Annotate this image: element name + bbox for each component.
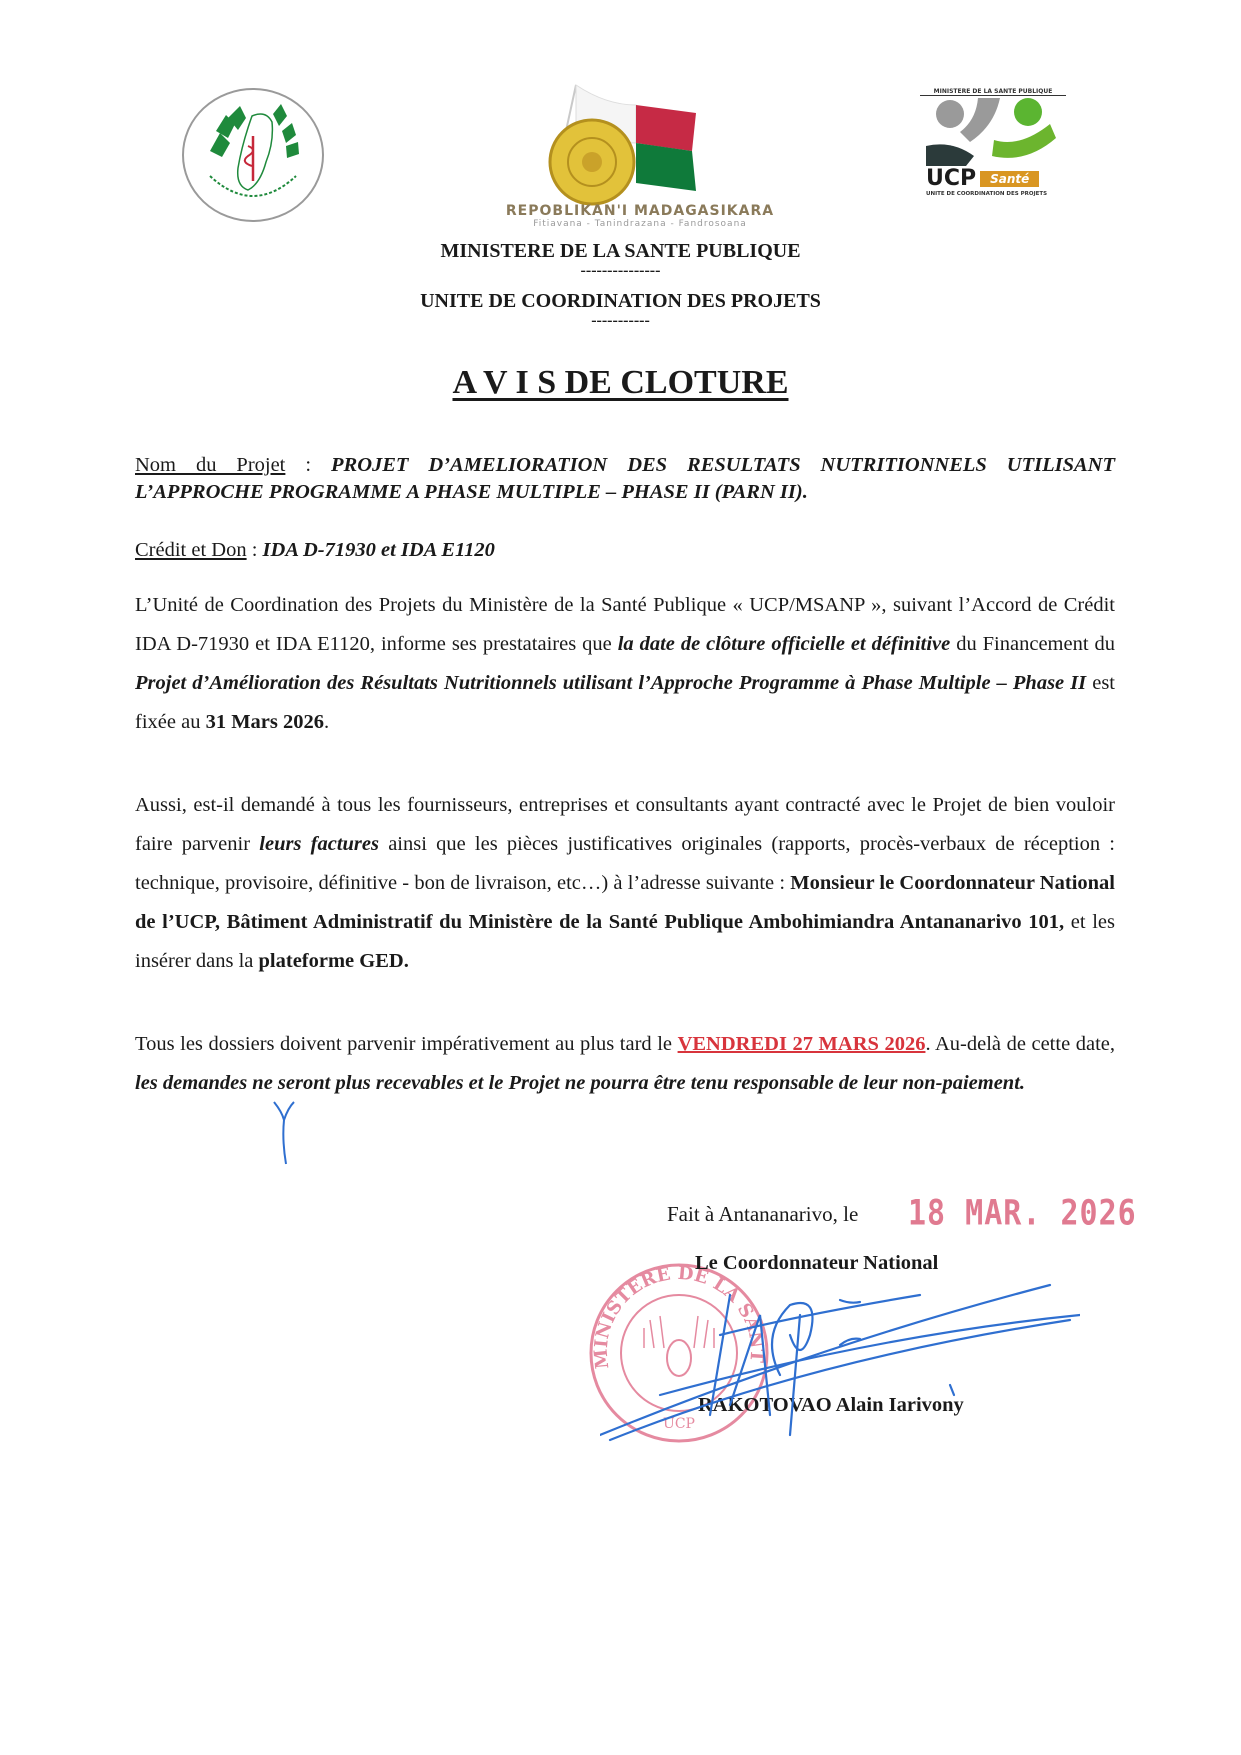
deadline-paragraph: Tous les dossiers doivent parvenir impér… [135, 1025, 1115, 1103]
place-label: Fait à Antananarivo, le [667, 1202, 858, 1227]
sante-badge: Santé [980, 171, 1039, 187]
text: . [324, 711, 329, 733]
signatory-title: Le Coordonnateur National [695, 1252, 938, 1275]
handwritten-signature-icon [600, 1275, 1080, 1445]
deadline-date: VENDREDI 27 MARS 2026 [678, 1033, 926, 1055]
unit-heading: UNITE DE COORDINATION DES PROJETS [0, 290, 1241, 313]
text: du Financement du [950, 633, 1115, 655]
republic-name: REPOBLIKAN'I MADAGASIKARA [475, 203, 805, 219]
text: . Au-delà de cette date, [925, 1033, 1115, 1055]
document-title: A V I S DE CLOTURE [0, 364, 1241, 402]
separator: --------------- [0, 262, 1241, 280]
ministry-heading: MINISTERE DE LA SANTE PUBLIQUE [0, 240, 1241, 263]
handwritten-tick-icon [272, 1098, 296, 1168]
text: Tous les dossiers doivent parvenir impér… [135, 1033, 678, 1055]
non-receivable-warning: les demandes ne seront plus recevables e… [135, 1072, 1025, 1094]
date-stamp: 18 MAR. 2026 [908, 1193, 1137, 1233]
project-full-name: Projet d’Amélioration des Résultats Nutr… [135, 672, 1086, 694]
credit-value: IDA D-71930 et IDA E1120 [263, 539, 495, 561]
invoices-phrase: leurs factures [259, 833, 379, 855]
invoice-paragraph: Aussi, est-il demandé à tous les fournis… [135, 786, 1115, 981]
closure-date: 31 Mars 2026 [206, 711, 324, 733]
project-label: Nom du Projet [135, 454, 285, 476]
ucp-sante-logo: MINISTERE DE LA SANTE PUBLIQUE UCP Santé… [920, 88, 1066, 208]
closure-date-phrase: la date de clôture officielle et définit… [618, 633, 951, 655]
closure-paragraph: L’Unité de Coordination des Projets du M… [135, 586, 1115, 742]
ucp-logo-bottom-text: UNITE DE COORDINATION DES PROJETS [920, 191, 1066, 197]
ministry-health-emblem-icon [180, 86, 326, 224]
credit-label: Crédit et Don [135, 539, 247, 561]
ged-platform: plateforme GED. [259, 950, 409, 972]
ucp-brand: UCP [926, 166, 976, 191]
credit-field: Crédit et Don : IDA D-71930 et IDA E1120 [135, 531, 1115, 570]
project-field: Nom du Projet : PROJET D’AMELIORATION DE… [135, 452, 1115, 506]
ucp-logo-top-text: MINISTERE DE LA SANTE PUBLIQUE [920, 88, 1066, 96]
republic-motto: Fitiavana - Tanindrazana - Fandrosoana [475, 219, 805, 229]
ucp-shapes-icon [920, 96, 1066, 166]
separator: ----------- [0, 312, 1241, 330]
